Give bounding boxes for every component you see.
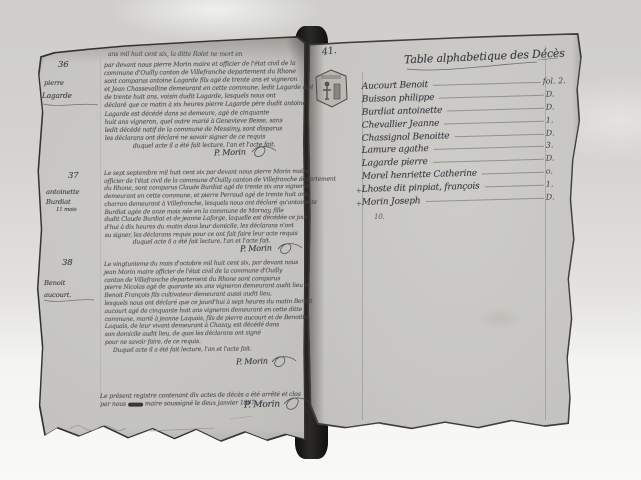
- leader-line: [433, 159, 544, 163]
- mayor-signature: P. Morin: [236, 356, 268, 366]
- margin-name: Burdiat: [46, 198, 71, 206]
- act-number: 37: [68, 171, 78, 181]
- leader-line: [447, 108, 544, 112]
- pencil-scribble: [70, 416, 253, 431]
- revenue-stamp-icon: [316, 70, 347, 107]
- deceased-name: Morin Joseph: [362, 196, 424, 208]
- index-footer-mark: 10.: [374, 213, 385, 221]
- archival-register-scan: ans mil huit cent six, la ditte Rolet ne…: [0, 0, 641, 480]
- margin-underline: [43, 104, 98, 105]
- leader-line: [455, 134, 544, 137]
- ink-blot: [128, 402, 143, 407]
- leader-line: [433, 82, 541, 86]
- folio-ref: fol. 2.: [543, 76, 566, 87]
- leader-line: [484, 185, 543, 188]
- margin-name: Benoit: [44, 279, 65, 287]
- death-act-38: Le vingtunieme du mois d'octobre mil hui…: [104, 259, 305, 355]
- handwritten-line: duquel acte il a été fait lecture, l'an …: [105, 141, 301, 151]
- closing-text: par nous: [100, 401, 126, 408]
- previous-act-fragment: ans mil huit cent six, la ditte Rolet ne…: [108, 51, 298, 58]
- mayor-signature: P. Morin: [244, 399, 280, 410]
- page-content: ans mil huit cent six, la ditte Rolet ne…: [0, 0, 641, 480]
- leader-line: [482, 172, 544, 175]
- folio-ref: D.: [546, 102, 566, 113]
- death-act-36: par devant nous pierre Morin maire et of…: [104, 60, 301, 151]
- folio-ref: 1.: [546, 115, 566, 126]
- margin-name: Lagarde: [42, 91, 72, 100]
- mayor-signature: P. Morin: [214, 147, 246, 157]
- index-title: Table alphabetique des Décès: [404, 47, 565, 67]
- death-act-37: Le sept septembre mil huit cent six par …: [104, 168, 305, 247]
- folio-number: 41.: [321, 45, 337, 58]
- act-number: 38: [62, 258, 72, 268]
- leader-line: [425, 198, 543, 202]
- margin-name: antoinette: [46, 188, 79, 196]
- leader-line: [434, 147, 544, 151]
- leader-line: [439, 95, 544, 99]
- handwritten-line: Duquel acte il a été fait lecture, l'an …: [105, 345, 305, 355]
- handwritten-line: duquel acte il a été fait lecture, l'an …: [105, 237, 305, 247]
- alphabetical-index-table: Aucourt Benoit fol. 2. Buisson philippe …: [356, 79, 566, 208]
- margin-underline: [44, 300, 94, 302]
- mayor-signature: P. Morin: [240, 243, 272, 253]
- leader-line: [444, 121, 544, 125]
- margin-name: pierre: [44, 79, 64, 87]
- left-margin-fold-line: [100, 58, 101, 403]
- folio-ref: 1.: [546, 179, 566, 190]
- folio-ref: D.: [546, 192, 566, 203]
- folio-ref: D.: [546, 89, 566, 100]
- margin-name: aucourt.: [44, 291, 71, 299]
- act-number: 36: [58, 60, 68, 70]
- margin-age-note: 11 mois: [56, 207, 76, 213]
